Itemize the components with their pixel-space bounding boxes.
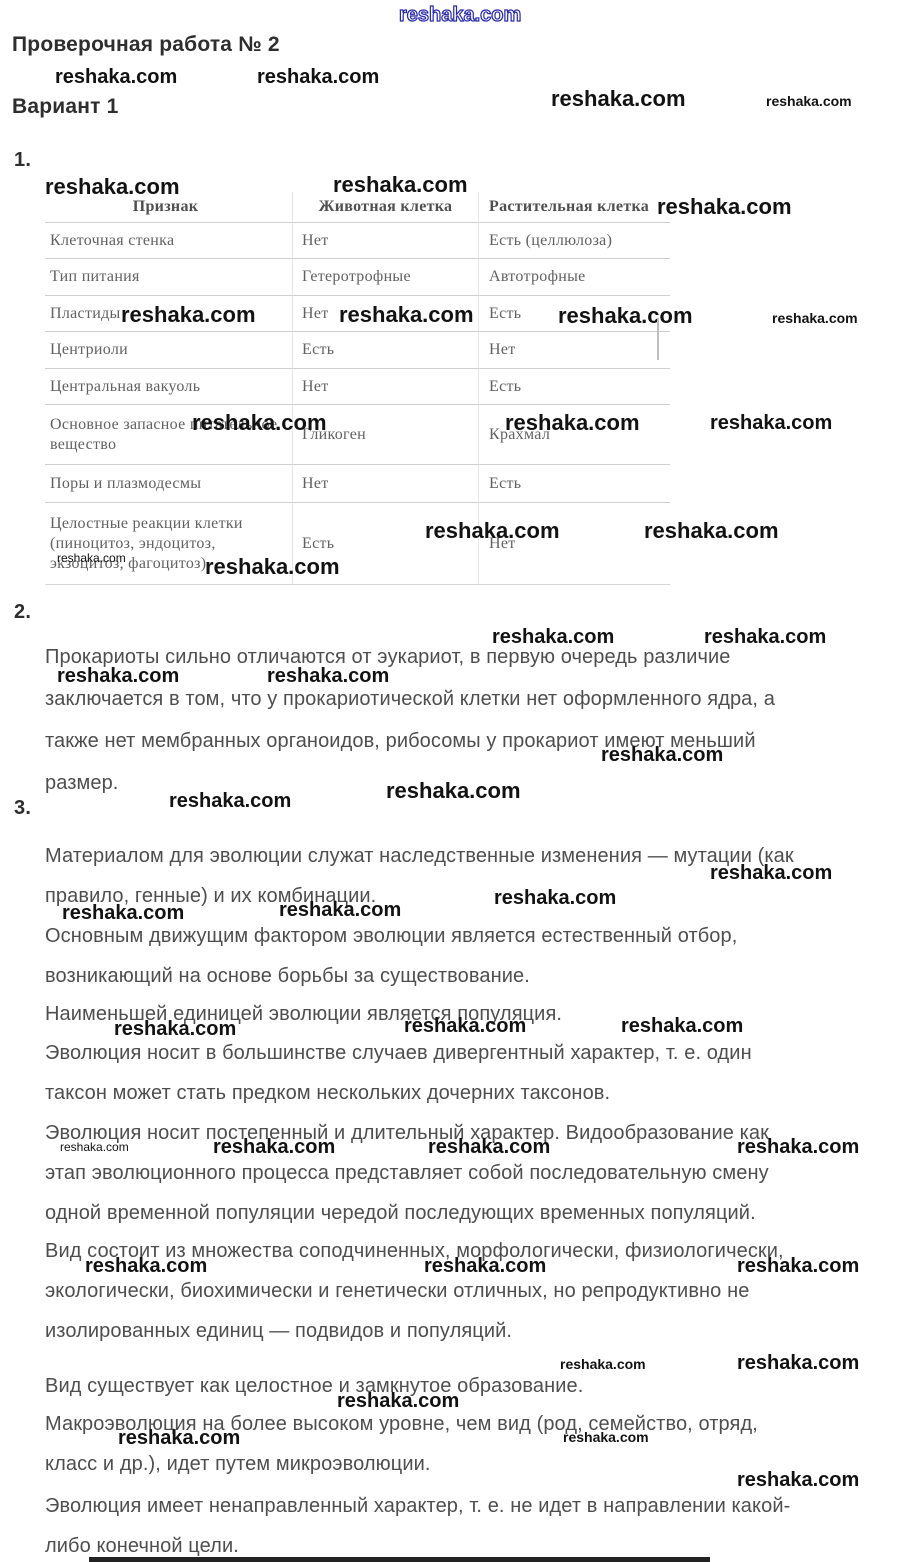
watermark-text: reshaka.com [339, 302, 474, 328]
watermark-text: reshaka.com [563, 1429, 649, 1445]
watermark-text: reshaka.com [118, 1427, 240, 1450]
watermark-text: reshaka.com [213, 1136, 335, 1159]
table-cell: Автотрофные [478, 258, 670, 295]
watermark-text: reshaka.com [399, 4, 521, 27]
watermark-text: reshaka.com [257, 66, 379, 89]
watermark-text: reshaka.com [333, 172, 468, 198]
watermark-text: reshaka.com [57, 551, 126, 565]
watermark-text: reshaka.com [121, 302, 256, 328]
watermark-text: reshaka.com [45, 174, 180, 200]
cell-comparison-table: ПризнакЖивотная клеткаРастительная клетк… [45, 192, 670, 585]
answer-3-paragraph: Вид состоит из множества соподчиненных, … [45, 1231, 890, 1351]
table-cell: Есть [478, 368, 670, 404]
table-cell: Есть [478, 464, 670, 502]
table-artifact-line [657, 318, 659, 360]
table-cell: Гетеротрофные [292, 258, 478, 295]
answer-3-paragraph: Основным движущим фактором эволюции явля… [45, 916, 890, 996]
answer-3-paragraph: Эволюция носит в большинстве случаев див… [45, 1033, 890, 1113]
table-cell: Нет [292, 464, 478, 502]
watermark-text: reshaka.com [192, 410, 327, 436]
watermark-text: reshaka.com [558, 303, 693, 329]
watermark-text: reshaka.com [494, 887, 616, 910]
table-cell: Нет [292, 222, 478, 258]
watermark-text: reshaka.com [560, 1356, 646, 1372]
table-cell: Поры и плазмодесмы [45, 464, 292, 502]
table-cell: Клеточная стенка [45, 222, 292, 258]
watermark-text: reshaka.com [505, 410, 640, 436]
watermark-text: reshaka.com [621, 1015, 743, 1038]
watermark-text: reshaka.com [644, 518, 779, 544]
watermark-text: reshaka.com [710, 862, 832, 885]
table-cell: Нет [478, 331, 670, 368]
watermark-text: reshaka.com [657, 194, 792, 220]
watermark-text: reshaka.com [85, 1255, 207, 1278]
watermark-text: reshaka.com [737, 1255, 859, 1278]
table-cell: Центральная вакуоль [45, 368, 292, 404]
bottom-edge-bar [89, 1557, 710, 1562]
watermark-text: reshaka.com [737, 1469, 859, 1492]
table-cell: Есть (целлюлоза) [478, 222, 670, 258]
answer-3-paragraph: Эволюция носит постепенный и длительный … [45, 1113, 890, 1233]
watermark-text: reshaka.com [772, 310, 858, 326]
document-page: Проверочная работа № 2 Вариант 1 1. 2. 3… [0, 0, 908, 1562]
watermark-text: reshaka.com [737, 1136, 859, 1159]
watermark-text: reshaka.com [710, 412, 832, 435]
watermark-text: reshaka.com [428, 1136, 550, 1159]
watermark-text: reshaka.com [551, 86, 686, 112]
watermark-text: reshaka.com [601, 744, 723, 767]
watermark-text: reshaka.com [404, 1015, 526, 1038]
question-3-label: 3. [14, 797, 31, 820]
watermark-text: reshaka.com [737, 1352, 859, 1375]
table-header-cell: Растительная клетка [478, 192, 670, 222]
watermark-text: reshaka.com [205, 554, 340, 580]
watermark-text: reshaka.com [267, 665, 389, 688]
watermark-text: reshaka.com [60, 1140, 129, 1154]
watermark-text: reshaka.com [55, 66, 177, 89]
table-cell: Нет [292, 368, 478, 404]
table-cell: Тип питания [45, 258, 292, 295]
watermark-text: reshaka.com [386, 778, 521, 804]
variant-label: Вариант 1 [12, 95, 119, 119]
table-cell: Есть [292, 331, 478, 368]
watermark-text: reshaka.com [169, 790, 291, 813]
watermark-text: reshaka.com [704, 626, 826, 649]
watermark-text: reshaka.com [279, 899, 401, 922]
watermark-text: reshaka.com [57, 665, 179, 688]
watermark-text: reshaka.com [337, 1390, 459, 1413]
question-1-label: 1. [14, 149, 31, 172]
watermark-text: reshaka.com [114, 1018, 236, 1041]
watermark-text: reshaka.com [62, 902, 184, 925]
watermark-text: reshaka.com [492, 626, 614, 649]
page-title: Проверочная работа № 2 [12, 33, 280, 57]
watermark-text: reshaka.com [424, 1255, 546, 1278]
watermark-text: reshaka.com [425, 518, 560, 544]
watermark-text: reshaka.com [766, 93, 852, 109]
answer-3-paragraph: Эволюция имеет ненаправленный характер, … [45, 1486, 890, 1562]
question-2-label: 2. [14, 601, 31, 624]
table-cell: Центриоли [45, 331, 292, 368]
